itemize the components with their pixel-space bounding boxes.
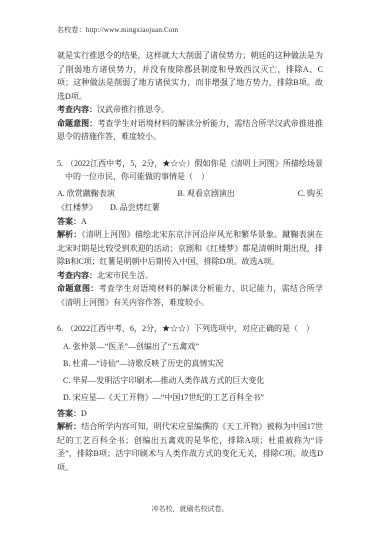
q4-analysis-continuation: 就是实行推恩令的结果，这样就大大削弱了诸侯势力；朝廷的这种做法是为了削弱地方诸侯… <box>57 49 323 103</box>
q5-number: 5. <box>57 159 63 168</box>
q5-intent-label: 命题意图： <box>57 284 99 293</box>
q5-option-d: D. 品尝烤红薯 <box>110 203 160 212</box>
q6-number: 6. <box>57 324 63 333</box>
q5-analysis-text: 《清明上河图》描绘北宋东京汴河沿岸风光和繁华景象。蹴鞠表演在北宋时期是比较受到欢… <box>57 230 323 266</box>
q5-option-b: B. 观看京剧演出 <box>178 187 235 201</box>
q6-options-list: A. 张仲景—“医圣”—创编出了“五禽戏” B. 杜甫—“诗仙”—诗歌反映了历史… <box>57 338 323 406</box>
q4-exam-content-label: 考查内容： <box>57 105 97 114</box>
page-header-source-url: 名校卷：http://www.mingxiaojuan.Com <box>57 26 178 35</box>
question-5-block: 5.（2022江西中考，5，2分，★☆☆）假如你是《清明上河图》所描绘场景中的一… <box>57 157 323 310</box>
q4-intent-label: 命题意图： <box>57 119 97 128</box>
q5-answer-label: 答案： <box>57 217 81 226</box>
q5-exam-content-text: 北宋市民生活。 <box>97 271 153 280</box>
q5-option-c-start: C. 购买 <box>298 187 323 201</box>
q6-option-d: D. 宋应星—《天工开物》—“中国17世纪的工艺百科全书” <box>57 389 323 406</box>
q5-analysis-row: 解析：《清明上河图》描绘北宋东京汴河沿岸风光和繁华景象。蹴鞠表演在北宋时期是比较… <box>57 228 323 269</box>
q6-answer-value: D <box>81 409 87 418</box>
q5-answer-row: 答案：A <box>57 215 323 229</box>
q6-answer-label: 答案： <box>57 409 81 418</box>
q5-option-a: A. 欣赏蹴鞠表演 <box>57 187 115 201</box>
q5-answer-value: A <box>81 217 87 226</box>
q5-stem-text: （2022江西中考，5，2分，★☆☆）假如你是《清明上河图》所描绘场景中的一位市… <box>65 159 323 182</box>
q5-exam-content-row: 考查内容：北宋市民生活。 <box>57 269 323 283</box>
q6-option-b: B. 杜甫—“诗仙”—诗歌反映了历史的真情实况 <box>57 355 323 372</box>
document-page: 名校卷：http://www.mingxiaojuan.Com 就是实行推恩令的… <box>0 0 380 538</box>
q4-exam-content-text: 汉武帝推行推恩令。 <box>97 105 169 114</box>
question-6-block: 6.（2022江西中考，6，2分，★☆☆）下列选项中，对应正确的是（ ） A. … <box>57 322 323 474</box>
q5-stem: 5.（2022江西中考，5，2分，★☆☆）假如你是《清明上河图》所描绘场景中的一… <box>57 157 323 184</box>
q6-answer-row: 答案：D <box>57 407 323 421</box>
q5-option-c-end: 《红楼梦》 <box>57 203 97 212</box>
page-footer-slogan: 冲名校，就刷名校试卷。 <box>0 504 380 514</box>
document-body: 就是实行推恩令的结果，这样就大大削弱了诸侯势力；朝廷的这种做法是为了削弱地方诸侯… <box>57 49 323 474</box>
q5-analysis-label: 解析： <box>57 230 82 239</box>
q5-intent-row: 命题意图：考查学生对语境材料的解读分析能力、识记能力，需结合所学《清明上河图》有… <box>57 282 323 309</box>
q6-stem: 6.（2022江西中考，6，2分，★☆☆）下列选项中，对应正确的是（ ） <box>57 322 323 336</box>
q6-stem-text: （2022江西中考，6，2分，★☆☆）下列选项中，对应正确的是（ ） <box>66 324 314 333</box>
q6-option-a: A. 张仲景—“医圣”—创编出了“五禽戏” <box>57 338 323 355</box>
q4-exam-content-row: 考查内容：汉武帝推行推恩令。 <box>57 103 323 117</box>
q6-option-c: C. 毕昇—发明活字印刷术—推动人类作战方式的巨大变化 <box>57 372 323 389</box>
q5-exam-content-label: 考查内容： <box>57 271 97 280</box>
q6-analysis-row: 解析：结合所学内容可知，明代宋应星编撰的《天工开物》被称为中国17世纪的工艺百科… <box>57 420 323 474</box>
q4-intent-text: 考查学生对语境材料的解读分析能力，需结合所学汉武帝推进推恩令的措施作答，难度较小… <box>57 119 323 142</box>
q6-analysis-text: 结合所学内容可知，明代宋应星编撰的《天工开物》被称为中国17世纪的工艺百科全书；… <box>57 422 323 472</box>
q4-intent-row: 命题意图：考查学生对语境材料的解读分析能力，需结合所学汉武帝推进推恩令的措施作答… <box>57 117 323 144</box>
q5-options-row-2: 《红楼梦》D. 品尝烤红薯 <box>57 201 323 215</box>
q5-options-row-1: A. 欣赏蹴鞠表演 B. 观看京剧演出 C. 购买 <box>57 187 323 201</box>
q6-analysis-label: 解析： <box>57 422 81 431</box>
